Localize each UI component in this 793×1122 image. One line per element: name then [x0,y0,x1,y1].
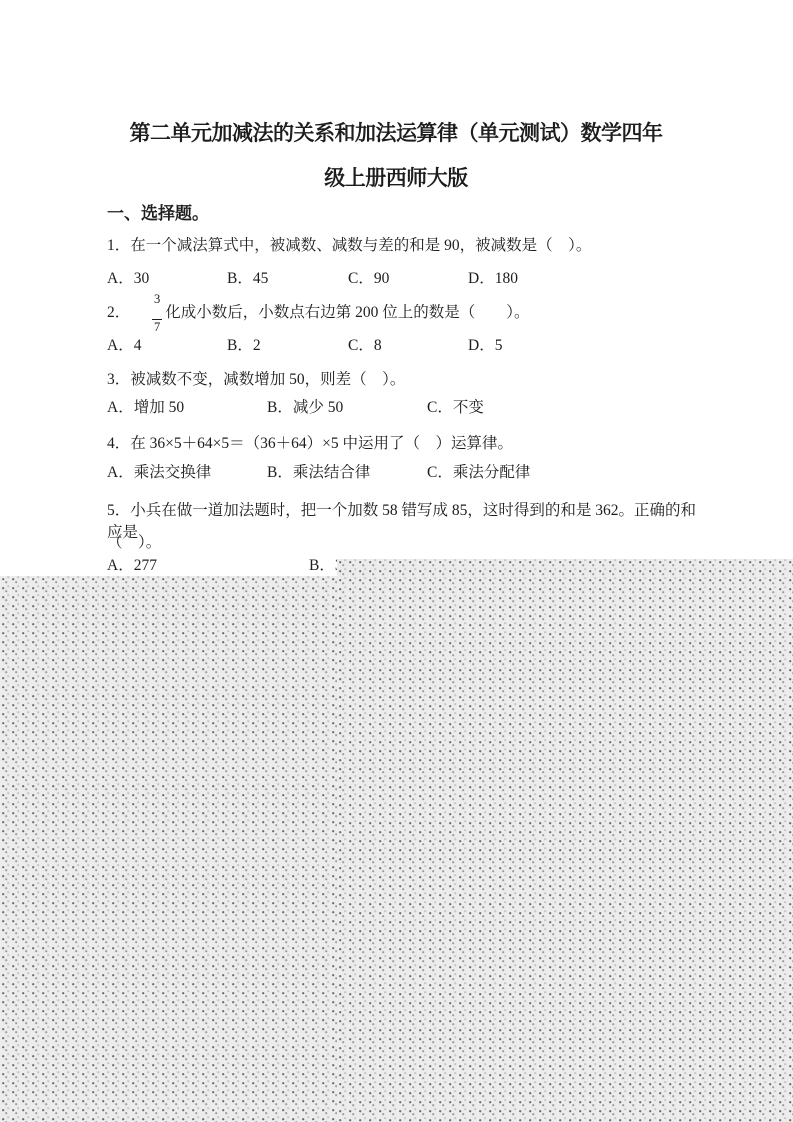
question-4-option-b: B．乘法结合律 [267,462,370,484]
fraction-numerator: 3 [152,292,162,306]
document-title-line-2: 级上册西师大版 [98,163,694,193]
question-3-option-a: A．增加 50 [107,397,184,419]
question-5-option-a: A．277 [107,555,157,577]
question-1-option-c: C．90 [348,268,389,290]
document-title-line-1: 第二单元加减法的关系和加法运算律（单元测试）数学四年 [98,118,694,148]
question-2-option-b: B．2 [227,335,261,357]
question-2-body: 化成小数后，小数点右边第 200 位上的数是（ ）。 [165,302,529,324]
question-3-options: A．增加 50 B．减少 50 C．不变 [107,397,707,419]
question-2-number: 2． [107,302,130,324]
question-4-option-c: C．乘法分配律 [427,462,530,484]
question-2-text: 2． 3 7 化成小数后，小数点右边第 200 位上的数是（ ）。 [107,294,707,332]
question-1-text: 1．在一个减法算式中，被减数、减数与差的和是 90，被减数是（ ）。 [107,235,707,257]
question-4-options: A．乘法交换律 B．乘法结合律 C．乘法分配律 [107,462,707,484]
question-1-option-d: D．180 [468,268,518,290]
question-2-options: A．4 B．2 C．8 D．5 [107,335,707,357]
section-1-heading: 一、选择题。 [107,203,707,225]
question-3-option-b: B．减少 50 [267,397,343,419]
question-4-option-a: A．乘法交换律 [107,462,211,484]
unrendered-content-placeholder-right [337,559,793,1122]
unrendered-content-placeholder-left [0,576,337,1122]
question-2-option-c: C．8 [348,335,382,357]
question-2-option-a: A．4 [107,335,141,357]
fraction-denominator: 7 [152,319,162,334]
question-3-option-c: C．不变 [427,397,484,419]
question-1-options: A．30 B．45 C．90 D．180 [107,268,707,290]
question-5-text-line-2: （ ）。 [107,532,707,554]
question-4-text: 4．在 36×5＋64×5＝（36＋64）×5 中运用了（ ）运算律。 [107,433,707,455]
question-1-option-b: B．45 [227,268,268,290]
question-3-text: 3．被减数不变，减数增加 50，则差（ ）。 [107,369,707,391]
question-2-option-d: D．5 [468,335,502,357]
document-page: 第二单元加减法的关系和加法运算律（单元测试）数学四年 级上册西师大版 一、选择题… [0,0,793,1122]
